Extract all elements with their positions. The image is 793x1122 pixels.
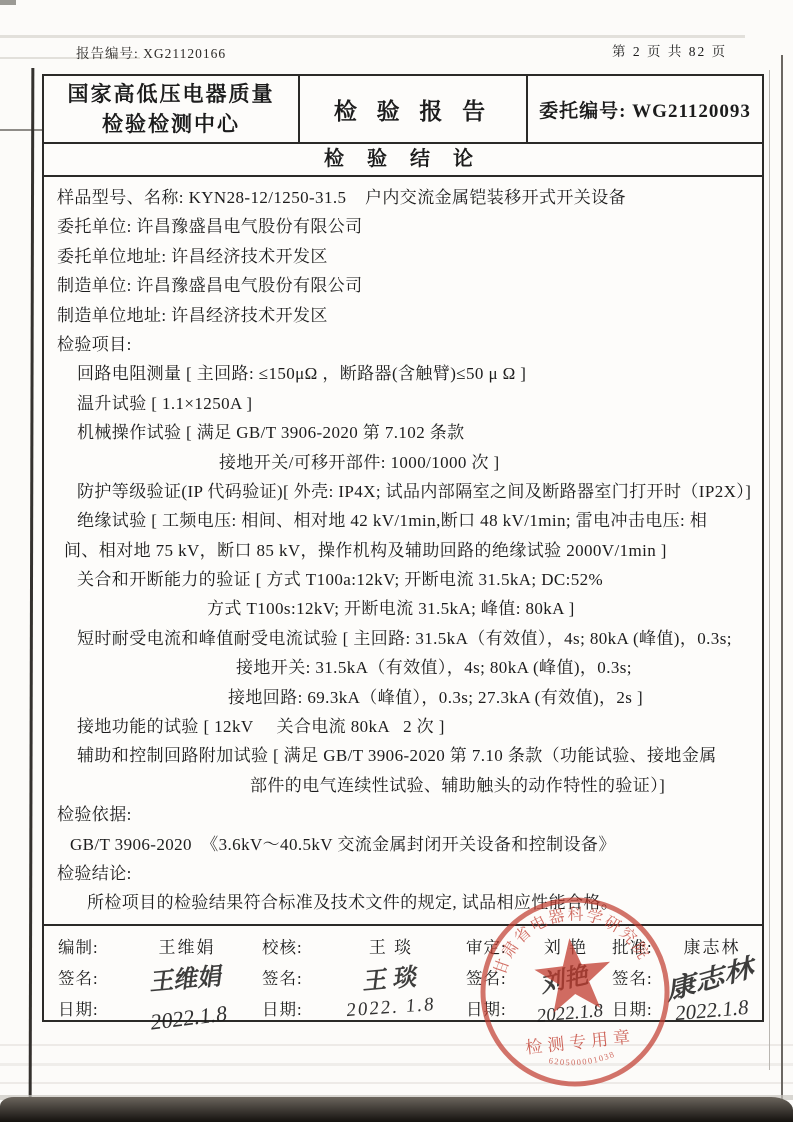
stamp-bottom-text: 检测专用章 [524,1026,635,1057]
page-edge-line [781,55,783,1100]
body-line: 回路电阻测量 [ 主回路: ≤150μΩ ，断路器(含触臂)≤50 μ Ω ] [44,359,762,388]
body-line: 辅助和控制回路附加试验 [ 满足 GB/T 3906-2020 第 7.10 条… [44,741,762,770]
report-number: 报告编号: XG21120166 [76,42,226,62]
signature-column: 编制:王维娟签名:王维娟日期:2022.1.8 [58,930,262,1025]
report-header-row: 国家高低压电器质量 检验检测中心 检 验 报 告 委托编号: WG2112009… [44,76,762,144]
org-name-line2: 检验检测中心 [102,109,240,139]
report-title: 检 验 报 告 [300,76,528,142]
page-edge-line [769,70,770,1070]
role-label: 校核: [262,934,316,958]
consign-number: 委托编号: WG21120093 [528,76,762,142]
signature-column: 校核:王 琰签名:王 琰日期:2022. 1.8 [262,930,466,1025]
body-line: 接地回路: 69.3kA（峰值），0.3s; 27.3kA (有效值)，2s ] [44,683,762,712]
body-line: 接地开关/可移开部件: 1000/1000 次 ] [44,448,762,477]
org-name-line1: 国家高低压电器质量 [68,79,275,109]
org-name-cell: 国家高低压电器质量 检验检测中心 [44,76,300,142]
body-line: 短时耐受电流和峰值耐受电流试验 [ 主回路: 31.5kA（有效值），4s; 8… [44,624,762,653]
body-line: 温升试验 [ 1.1×1250A ] [44,389,762,418]
body-line: 接地功能的试验 [ 12kV 关合电流 80kA 2 次 ] [44,712,762,741]
body-line: 机械操作试验 [ 满足 GB/T 3906-2020 第 7.102 条款 [44,418,762,447]
top-margin-row: 报告编号: XG21120166 第 2 页 共 82 页 [0,40,793,62]
body-line: 委托单位: 许昌豫盛昌电气股份有限公司 [44,212,762,241]
body-line: 接地开关: 31.5kA（有效值），4s; 80kA (峰值)，0.3s; [44,653,762,682]
body-line: 委托单位地址: 许昌经济技术开发区 [44,242,762,271]
body-line: 检验依据: [44,800,762,829]
body-line: 制造单位: 许昌豫盛昌电气股份有限公司 [44,271,762,300]
date-value: 2022.1.8 [114,995,264,1040]
page-indicator: 第 2 页 共 82 页 [612,40,727,60]
page-bottom-edge [0,1097,793,1122]
body-line: 关合和开断能力的验证 [ 方式 T100a:12kV; 开断电流 31.5kA;… [44,565,762,594]
scan-streak [0,35,745,38]
body-line: 样品型号、名称: KYN28-12/1250-31.5 户内交流金属铠装移开式开… [44,183,762,212]
sign-label: 签名: [262,965,316,989]
body-line: 间、相对地 75 kV，断口 85 kV，操作机构及辅助回路的绝缘试验 2000… [44,536,762,565]
scan-corner-mark [0,0,16,5]
body-line: 绝缘试验 [ 工频电压: 相间、相对地 42 kV/1min,断口 48 kV/… [44,506,762,535]
report-table: 国家高低压电器质量 检验检测中心 检 验 报 告 委托编号: WG2112009… [42,74,764,1022]
body-line: 防护等级验证(IP 代码验证)[ 外壳: IP4X; 试品内部隔室之间及断路器室… [44,477,762,506]
section-title: 检 验 结 论 [44,144,762,177]
stamp-star [532,934,615,1014]
role-label: 编制: [58,934,112,958]
body-line: 制造单位地址: 许昌经济技术开发区 [44,301,762,330]
inspection-stamp: 甘肃省电器科学研究院 检测专用章 620500001038 [460,882,690,1103]
body-lines: 样品型号、名称: KYN28-12/1250-31.5 户内交流金属铠装移开式开… [44,177,762,924]
scanned-report-page: 报告编号: XG21120166 第 2 页 共 82 页 国家高低压电器质量 … [0,0,793,1122]
body-line: GB/T 3906-2020 《3.6kV～40.5kV 交流金属封闭开关设备和… [44,830,762,859]
body-line: 检验项目: [44,330,762,359]
body-line: 部件的电气连续性试验、辅助触头的动作特性的验证）] [44,771,762,800]
body-line: 方式 T100s:12kV; 开断电流 31.5kA; 峰值: 80kA ] [44,594,762,623]
scan-streak [0,1082,793,1084]
date-label: 日期: [262,996,316,1020]
date-label: 日期: [58,996,112,1020]
scan-streak [0,129,42,131]
page-edge-line [29,68,35,1100]
sign-label: 签名: [58,965,112,989]
signature-handwriting: 王维娟 [110,952,264,1001]
